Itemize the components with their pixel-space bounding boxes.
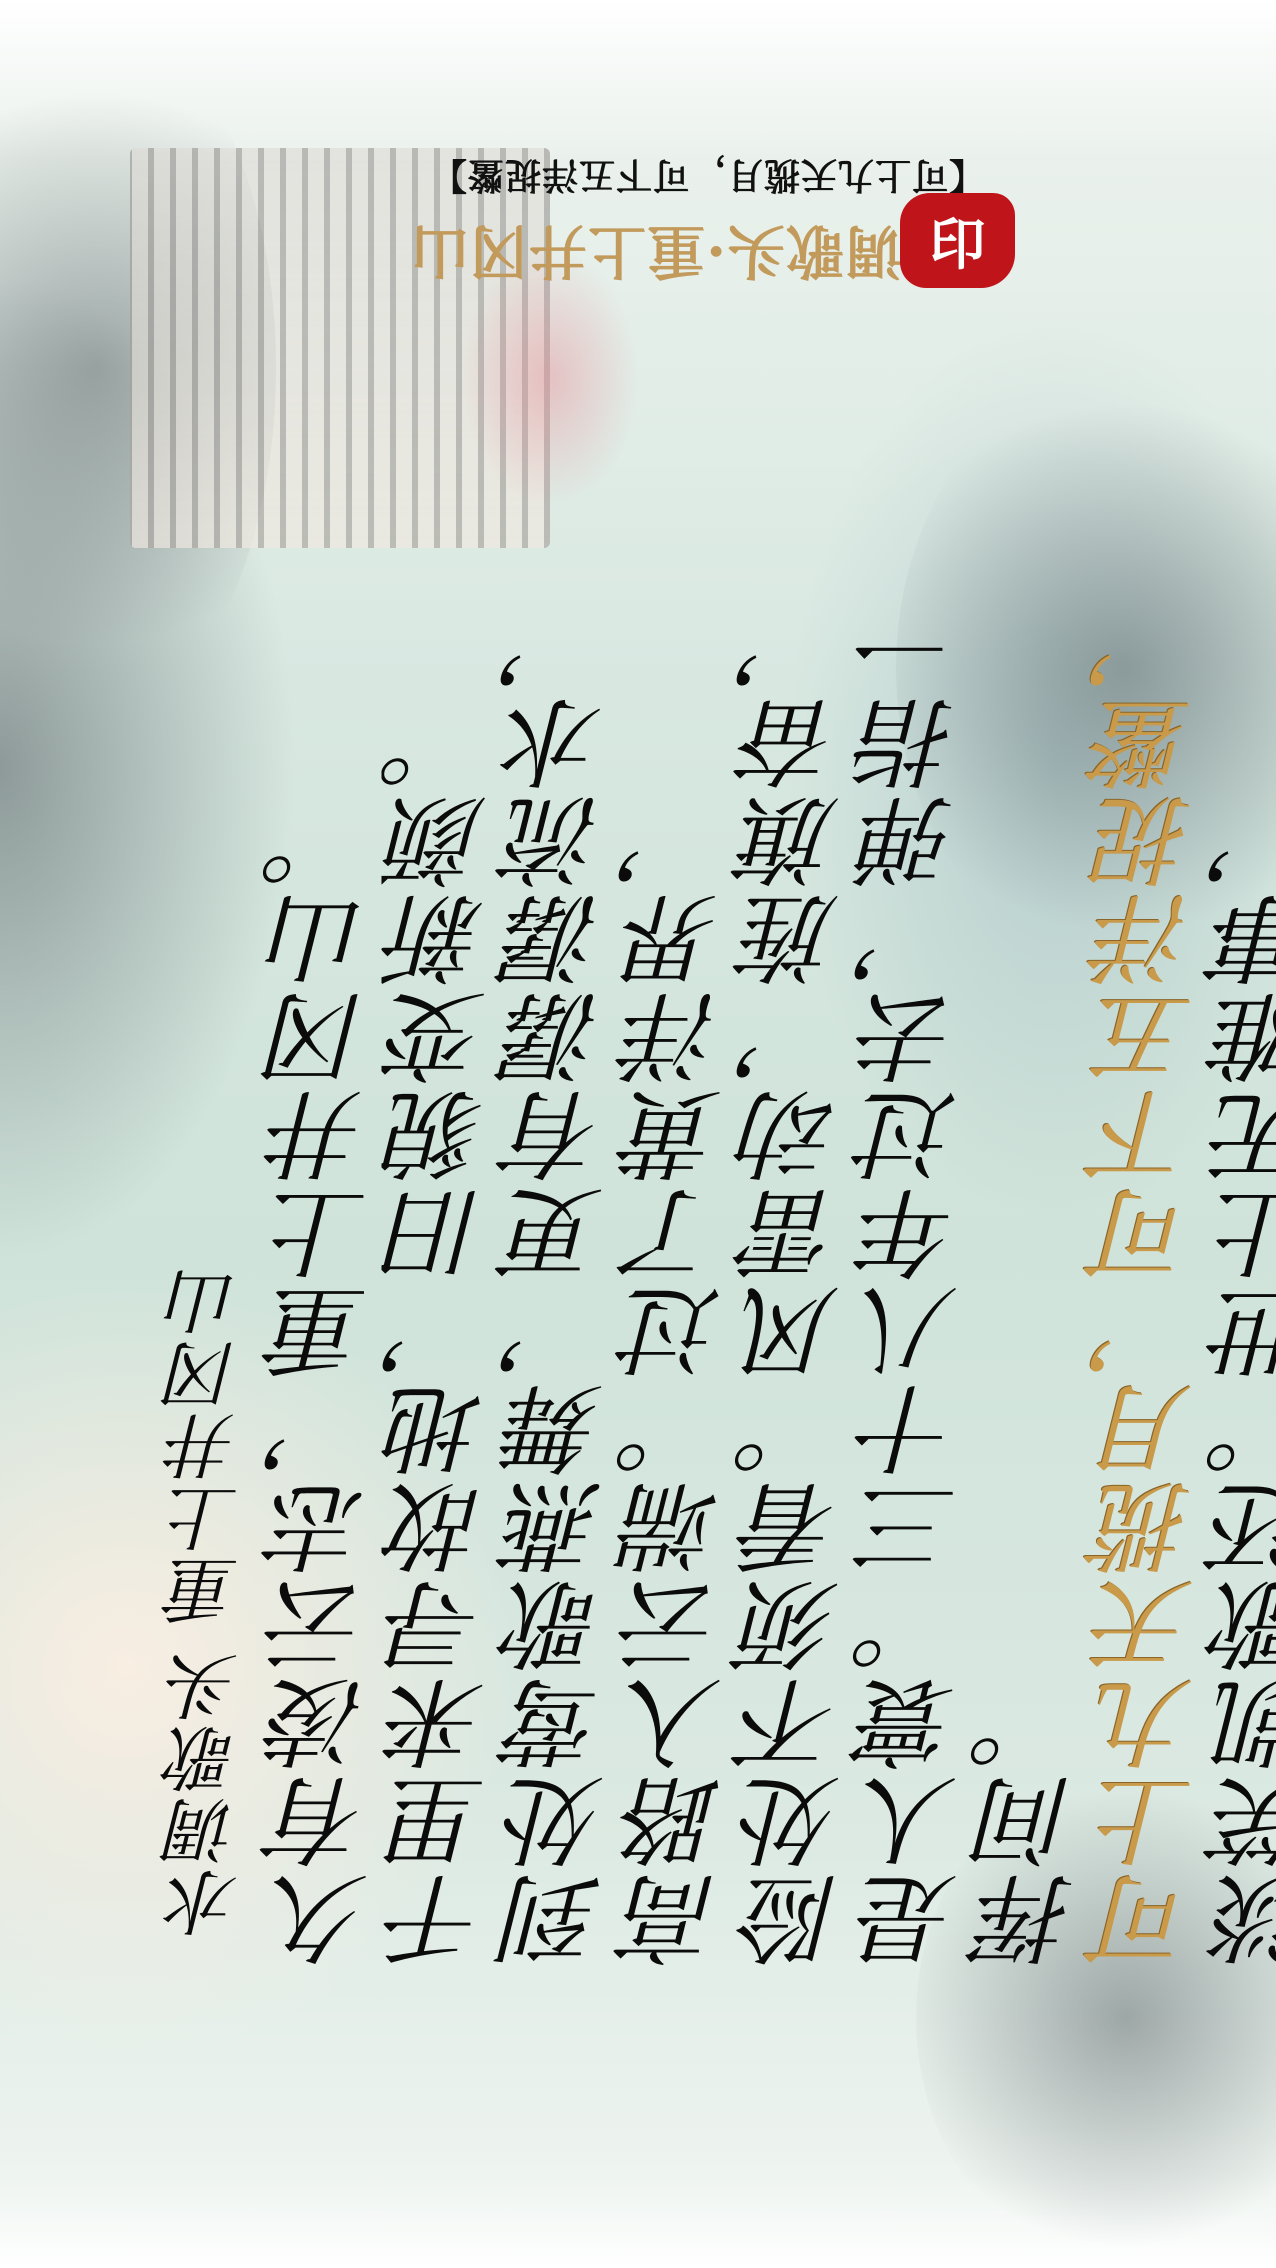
poem-line-highlight: 可上九天揽月，可下五洋捉鳖， xyxy=(1094,548,1212,1968)
poem-line: 是人寰。三十八年过去，弹指一挥间。 xyxy=(858,548,1094,1968)
poem-line: 千里来寻故地，旧貌变新颜。 xyxy=(386,548,504,1968)
poem-artwork: 水调歌头 重上井冈山 久有凌云志，重上井冈山。 千里来寻故地，旧貌变新颜。 到处… xyxy=(0,0,1276,2268)
red-seal-stamp: 印 xyxy=(900,193,1015,288)
seal-character: 印 xyxy=(930,201,986,281)
poem-line: 谈笑凯歌还。世上无难事， xyxy=(1212,548,1276,1968)
poem-line: 到处莺歌燕舞，更有潺潺流水， xyxy=(504,548,622,1968)
poem-calligraphy: 水调歌头 重上井冈山 久有凌云志，重上井冈山。 千里来寻故地，旧貌变新颜。 到处… xyxy=(150,548,1276,1968)
poem-line: 高路入云端。过了黄洋界， xyxy=(622,548,740,1968)
poem-heading: 水调歌头 重上井冈山 xyxy=(150,548,268,1968)
artwork-title: 水调歌头·重上井冈山 xyxy=(410,214,962,298)
artwork-subtitle: 【可上九天揽月，可下五洋捉鳖】 xyxy=(430,152,985,203)
poem-line: 险处不须看。风雷动，旌旗奋， xyxy=(740,548,858,1968)
poem-line: 久有凌云志，重上井冈山。 xyxy=(268,548,386,1968)
